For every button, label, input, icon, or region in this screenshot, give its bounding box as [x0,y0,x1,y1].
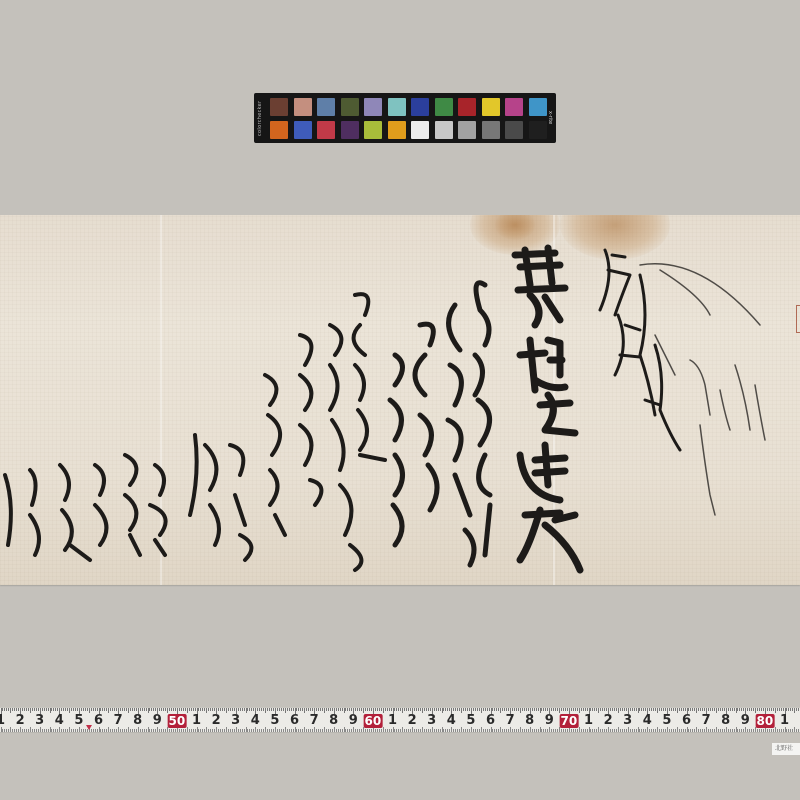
measuring-tape: 1234567895012345678960123456789701234567… [0,707,800,733]
ruler-label: 2 [16,714,25,728]
ruler-label: 8 [133,714,142,728]
ruler-label: 1 [584,714,593,728]
ruler-label: 1 [388,714,397,728]
ruler-label: 4 [447,714,456,728]
color-patch [529,121,547,139]
ruler-label: 5 [466,714,475,728]
color-patch [505,98,523,116]
ruler-label: 8 [329,714,338,728]
ruler-label: 9 [545,714,554,728]
ruler-label: 9 [349,714,358,728]
manuscript-paper [0,215,800,585]
color-patch [435,98,453,116]
ruler-label: 4 [643,714,652,728]
ruler-label: 2 [604,714,613,728]
color-patch [411,98,429,116]
calligraphy-strokes [0,215,800,585]
ruler-label: 1 [0,714,5,728]
ruler-label: 8 [525,714,534,728]
color-patch [458,121,476,139]
ruler-label: 50 [168,714,187,728]
ruler-label: 6 [682,714,691,728]
ruler-label: 7 [702,714,711,728]
ruler-label: 2 [408,714,417,728]
color-patch [317,121,335,139]
color-patch [411,121,429,139]
color-patch [364,121,382,139]
color-patch [482,98,500,116]
color-patch [317,98,335,116]
ruler-label: 5 [270,714,279,728]
ruler-label: 7 [114,714,123,728]
ruler-label: 3 [427,714,436,728]
ruler-label: 7 [506,714,515,728]
color-patch [270,121,288,139]
ruler-label: 80 [756,714,775,728]
ruler-label: 7 [310,714,319,728]
ruler-label: 9 [153,714,162,728]
collection-label: 北野社 [772,743,800,755]
color-patch [388,121,406,139]
color-patch [341,98,359,116]
color-patch [482,121,500,139]
ruler-label: 3 [35,714,44,728]
color-patch [364,98,382,116]
ruler-label: 6 [290,714,299,728]
color-patch [529,98,547,116]
ruler-label: 6 [94,714,103,728]
color-checker-card: colorchecker x-rite [254,93,556,143]
ruler-label: 6 [486,714,495,728]
ruler-label: 60 [364,714,383,728]
color-patch [294,121,312,139]
color-patch [341,121,359,139]
ruler-label: 1 [192,714,201,728]
ruler-label: 5 [662,714,671,728]
ruler-label: 9 [741,714,750,728]
ruler-label: 5 [74,714,83,728]
color-patch [505,121,523,139]
ruler-label: 70 [560,714,579,728]
color-patch [458,98,476,116]
ruler-label: 4 [251,714,260,728]
ruler-marker-icon [86,725,92,730]
color-patch [270,98,288,116]
ruler-label: 2 [212,714,221,728]
ruler-label: 8 [721,714,730,728]
ruler-label: 3 [623,714,632,728]
color-patch [435,121,453,139]
color-patch [388,98,406,116]
color-patch [294,98,312,116]
ruler-label: 3 [231,714,240,728]
ruler-label: 4 [55,714,64,728]
color-checker-brand: colorchecker [257,99,265,137]
ruler-label: 1 [780,714,789,728]
